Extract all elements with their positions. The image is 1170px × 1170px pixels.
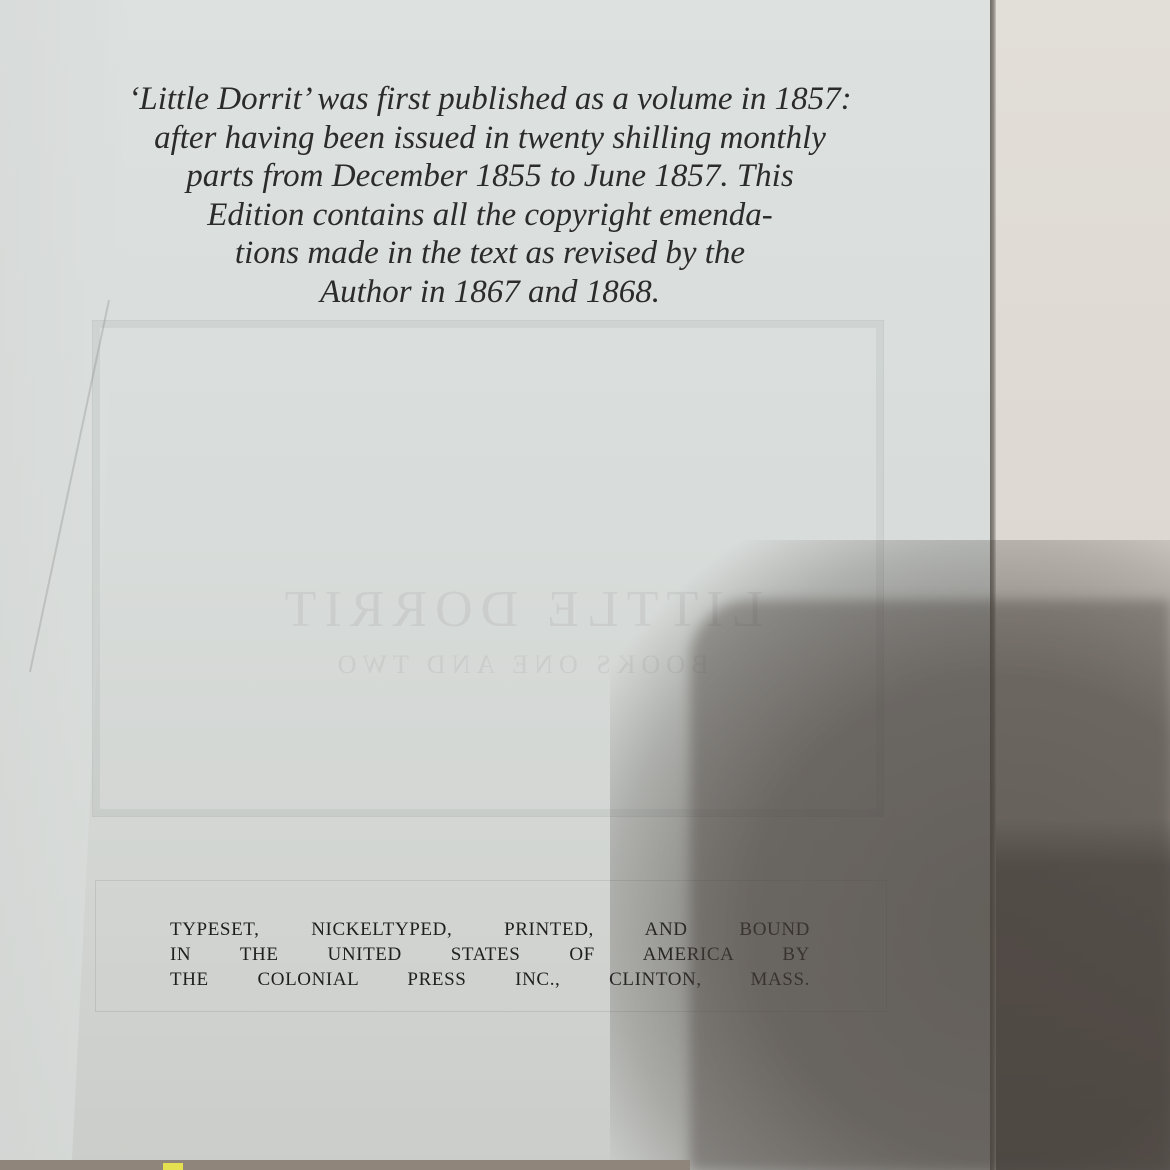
publication-note-line: Author in 1867 and 1868. [40,273,940,312]
cover-edge [0,1160,690,1170]
publication-note-line: ‘Little Dorrit’ was first published as a… [40,80,940,119]
bleed-through-title: LITTLE DORRIT [260,580,780,639]
publication-note-line: parts from December 1855 to June 1857. T… [40,157,940,196]
imprint-line: THE COLONIAL PRESS INC., CLINTON, MASS. [170,967,810,992]
sticky-tab [163,1163,183,1170]
publication-note-line: Edition contains all the copyright emend… [40,196,940,235]
publication-note-line: after having been issued in twenty shill… [40,119,940,158]
bleed-through-frame [92,320,884,817]
printer-imprint: TYPESET, NICKELTYPED, PRINTED, AND BOUND… [170,917,810,992]
imprint-line: TYPESET, NICKELTYPED, PRINTED, AND BOUND [170,917,810,942]
imprint-line: IN THE UNITED STATES OF AMERICA BY [170,942,810,967]
bleed-through-subtitle: BOOKS ONE AND TWO [260,650,780,680]
publication-note: ‘Little Dorrit’ was first published as a… [40,80,940,311]
book-page: LITTLE DORRIT BOOKS ONE AND TWO ‘Little … [0,0,992,1170]
publication-note-line: tions made in the text as revised by the [40,234,940,273]
facing-page-edge [996,0,1170,1170]
